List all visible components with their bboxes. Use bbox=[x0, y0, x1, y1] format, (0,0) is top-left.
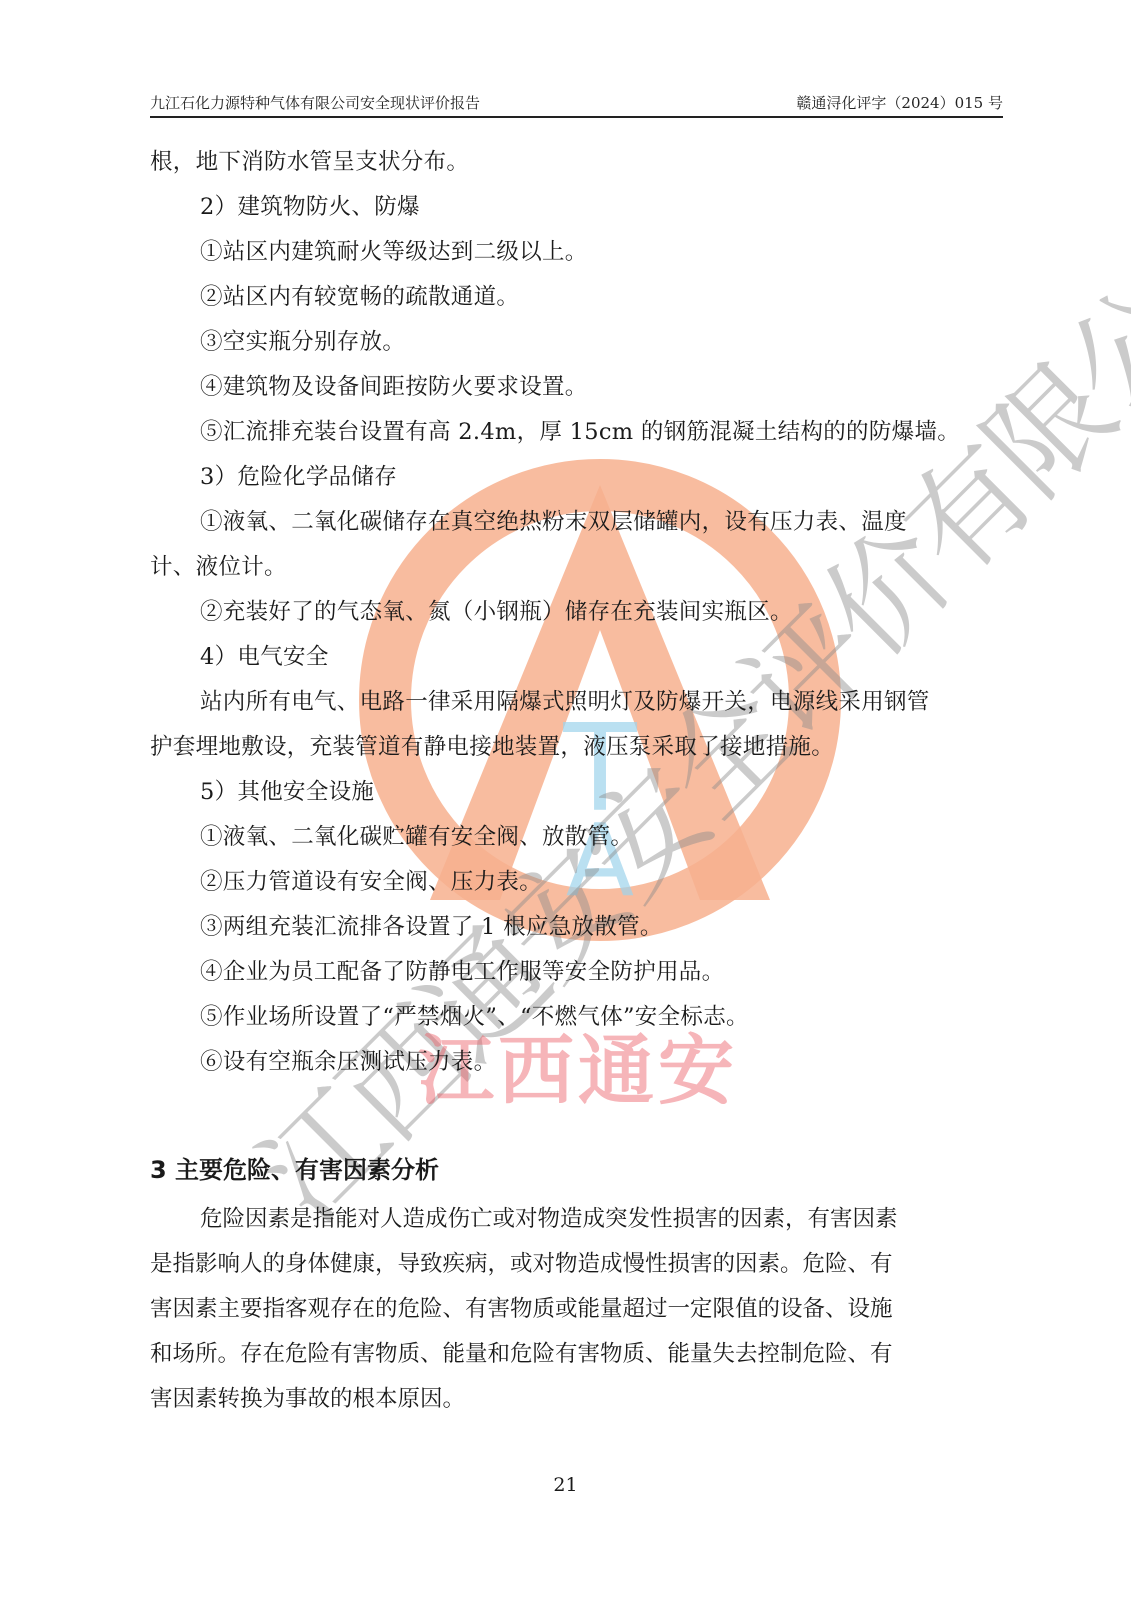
header-report-number: 赣通浔化评字（2024）015 号 bbox=[796, 90, 1003, 116]
page-header: 九江石化力源特种气体有限公司安全现状评价报告 赣通浔化评字（2024）015 号 bbox=[150, 90, 1003, 118]
paragraph-line: 和场所。存在危险有害物质、能量和危险有害物质、能量失去控制危险、有 bbox=[150, 1332, 1010, 1377]
list-item: ②充装好了的气态氧、氮（小钢瓶）储存在充装间实瓶区。 bbox=[150, 590, 1010, 635]
paragraph-line: 是指影响人的身体健康，导致疾病，或对物造成慢性损害的因素。危险、有 bbox=[150, 1242, 1010, 1287]
subsection-title: 2）建筑物防火、防爆 bbox=[150, 185, 1010, 230]
header-report-title: 九江石化力源特种气体有限公司安全现状评价报告 bbox=[150, 90, 480, 116]
list-item: ①液氧、二氧化碳贮罐有安全阀、放散管。 bbox=[150, 815, 1010, 860]
body-text: 根，地下消防水管呈支状分布。 2）建筑物防火、防爆 ①站区内建筑耐火等级达到二级… bbox=[150, 140, 1010, 1085]
list-item-continuation: 计、液位计。 bbox=[150, 545, 1010, 590]
list-item: ①液氧、二氧化碳储存在真空绝热粉末双层储罐内，设有压力表、温度 bbox=[150, 500, 1010, 545]
paragraph-line: 害因素主要指客观存在的危险、有害物质或能量超过一定限值的设备、设施 bbox=[150, 1287, 1010, 1332]
list-item: ①站区内建筑耐火等级达到二级以上。 bbox=[150, 230, 1010, 275]
list-item: ②压力管道设有安全阀、压力表。 bbox=[150, 860, 1010, 905]
subsection-title: 4）电气安全 bbox=[150, 635, 1010, 680]
subsection-title: 5）其他安全设施 bbox=[150, 770, 1010, 815]
list-item: ②站区内有较宽畅的疏散通道。 bbox=[150, 275, 1010, 320]
page-number: 21 bbox=[0, 1473, 1131, 1497]
subsection-title: 3）危险化学品储存 bbox=[150, 455, 1010, 500]
list-item: ④建筑物及设备间距按防火要求设置。 bbox=[150, 365, 1010, 410]
section-heading: 3 主要危险、有害因素分析 bbox=[150, 1150, 439, 1190]
text-line: 根，地下消防水管呈支状分布。 bbox=[150, 140, 1010, 185]
list-item: ⑥设有空瓶余压测试压力表。 bbox=[150, 1040, 1010, 1085]
paragraph-line: 危险因素是指能对人造成伤亡或对物造成突发性损害的因素，有害因素 bbox=[150, 1197, 1010, 1242]
list-item: ③两组充装汇流排各设置了 1 根应急放散管。 bbox=[150, 905, 1010, 950]
list-item: ⑤汇流排充装台设置有高 2.4m，厚 15cm 的钢筋混凝土结构的的防爆墙。 bbox=[150, 410, 1010, 455]
list-item: ④企业为员工配备了防静电工作服等安全防护用品。 bbox=[150, 950, 1010, 995]
paragraph-line: 站内所有电气、电路一律采用隔爆式照明灯及防爆开关，电源线采用钢管 bbox=[150, 680, 1010, 725]
list-item: ⑤作业场所设置了“严禁烟火”、“不燃气体”安全标志。 bbox=[150, 995, 1010, 1040]
list-item: ③空实瓶分别存放。 bbox=[150, 320, 1010, 365]
paragraph-line: 害因素转换为事故的根本原因。 bbox=[150, 1377, 1010, 1422]
paragraph-line: 护套埋地敷设，充装管道有静电接地装置，液压泵采取了接地措施。 bbox=[150, 725, 1010, 770]
section-paragraph: 危险因素是指能对人造成伤亡或对物造成突发性损害的因素，有害因素 是指影响人的身体… bbox=[150, 1197, 1010, 1422]
